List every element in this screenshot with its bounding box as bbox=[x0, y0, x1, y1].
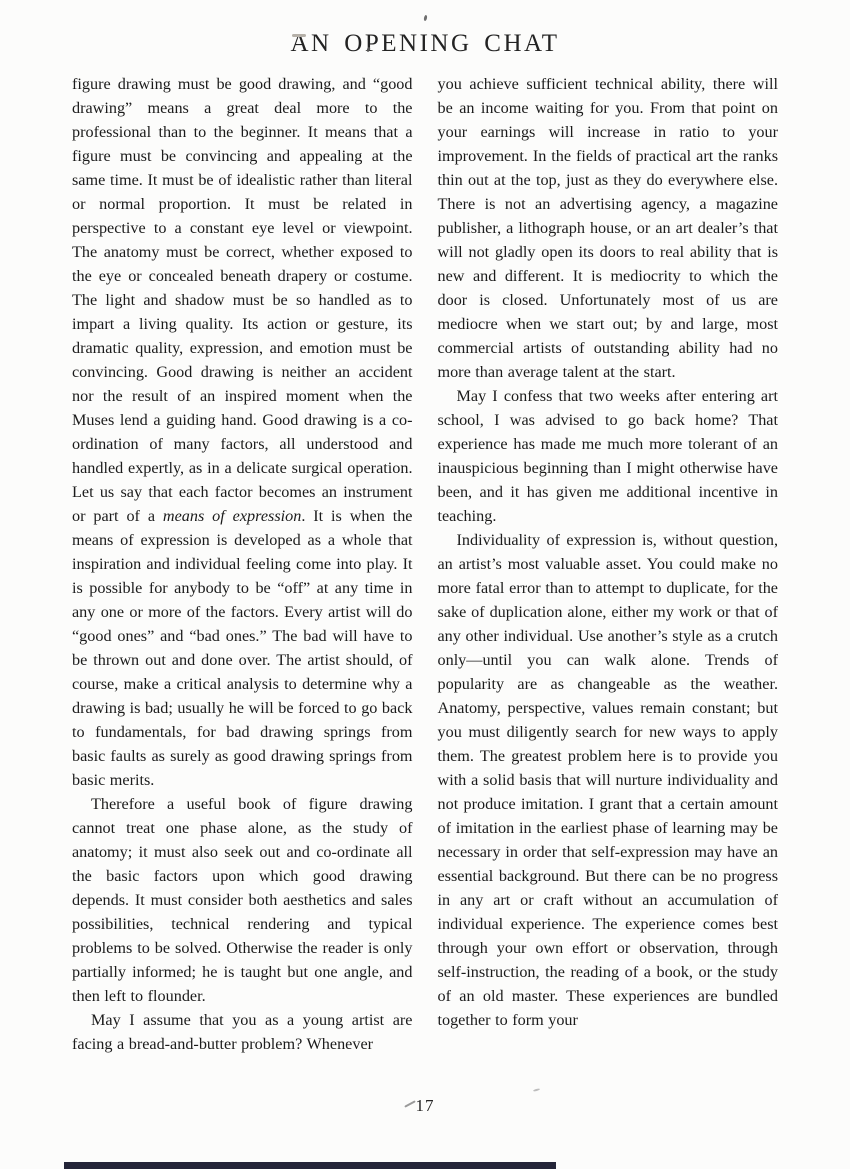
text-segment: you achieve sufficient technical ability… bbox=[438, 75, 779, 381]
scan-speck bbox=[533, 1088, 540, 1092]
paragraph: figure drawing must be good drawing, and… bbox=[72, 72, 413, 792]
paragraph: Therefore a useful book of figure drawin… bbox=[72, 792, 413, 1008]
left-column: figure drawing must be good drawing, and… bbox=[72, 72, 413, 1056]
scan-artifact-bar bbox=[64, 1162, 556, 1169]
page-content: AN OPENING CHAT figure drawing must be g… bbox=[72, 30, 778, 1056]
page-title: AN OPENING CHAT bbox=[72, 30, 778, 58]
text-segment: . It is when the means of expression is … bbox=[72, 507, 413, 789]
paragraph: you achieve sufficient technical ability… bbox=[438, 72, 779, 384]
text-segment: Therefore a useful book of figure drawin… bbox=[72, 795, 413, 1005]
text-segment: figure drawing must be good drawing, and… bbox=[72, 75, 413, 525]
paragraph: May I assume that you as a young artist … bbox=[72, 1008, 413, 1056]
paragraph: May I confess that two weeks after enter… bbox=[438, 384, 779, 528]
paragraph: Individuality of expression is, without … bbox=[438, 528, 779, 1032]
book-page: AN OPENING CHAT figure drawing must be g… bbox=[0, 0, 850, 1169]
right-column: you achieve sufficient technical ability… bbox=[438, 72, 779, 1056]
text-columns: figure drawing must be good drawing, and… bbox=[72, 72, 778, 1056]
text-segment: May I confess that two weeks after enter… bbox=[438, 387, 779, 525]
scan-speck bbox=[423, 15, 427, 21]
text-segment: Individuality of expression is, without … bbox=[438, 531, 779, 1029]
italic-phrase: means of expression bbox=[163, 507, 301, 525]
page-number: 17 bbox=[0, 1096, 850, 1116]
text-segment: May I assume that you as a young artist … bbox=[72, 1011, 413, 1053]
scan-speck bbox=[292, 34, 306, 37]
